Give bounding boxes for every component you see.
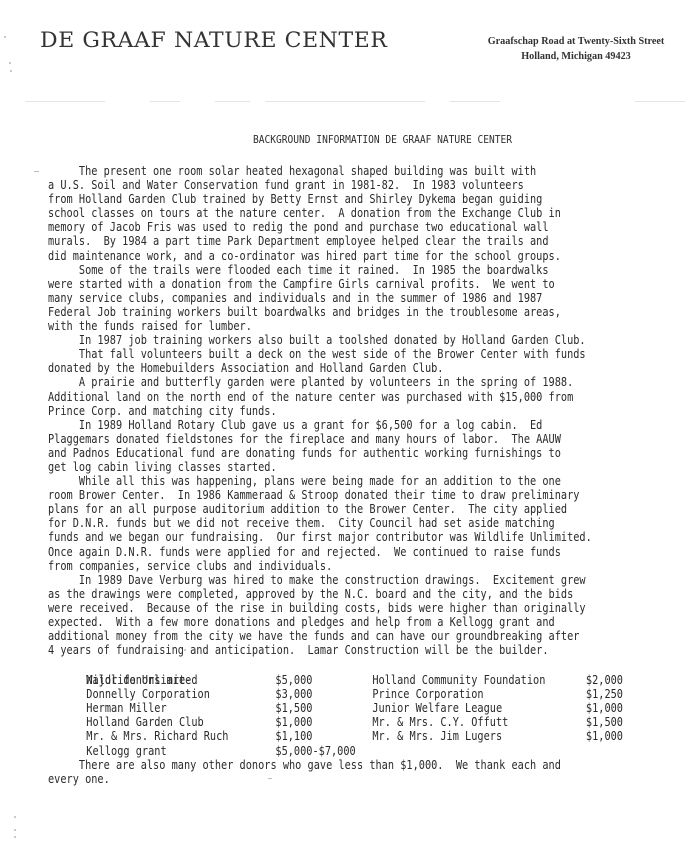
body-line: from Holland Garden Club trained by Bett… xyxy=(48,192,667,206)
donor-amount: $2,000 xyxy=(586,673,623,687)
body-line: funds and we began our fundraising. Our … xyxy=(48,530,667,544)
donor-name: Mr. & Mrs. Jim Lugers xyxy=(372,729,502,743)
donor-row: Holland Garden Club$1,000Mr. & Mrs. C.Y.… xyxy=(48,715,700,729)
scan-speck xyxy=(9,62,11,64)
donor-amount: $1,000 xyxy=(586,701,623,715)
donor-row: Kellogg grant$5,000-$7,000 xyxy=(48,744,700,758)
organization-name: DE GRAAF NATURE CENTER xyxy=(40,28,387,53)
body-line: Additional land on the north end of the … xyxy=(48,390,667,404)
body-line: 4 years of fundraising and anticipation.… xyxy=(48,643,667,657)
body-line: plans for an all purpose auditorium addi… xyxy=(48,502,667,516)
body-line: Plaggemars donated fieldstones for the f… xyxy=(48,432,667,446)
donor-row: Mr. & Mrs. Richard Ruch$1,100Mr. & Mrs. … xyxy=(48,729,700,743)
donor-name: Holland Garden Club xyxy=(86,715,203,729)
donor-amount: $1,000 xyxy=(586,729,623,743)
letterhead-divider xyxy=(450,101,500,102)
body-line: donated by the Homebuilders Association … xyxy=(48,361,667,375)
scan-speck xyxy=(14,829,16,831)
scan-speck xyxy=(4,36,6,38)
body-line: While all this was happening, plans were… xyxy=(48,474,667,488)
donor-row: Donnelly Corporation$3,000Prince Corpora… xyxy=(48,687,700,701)
body-line: memory of Jacob Fris was used to redig t… xyxy=(48,220,667,234)
body-line: were started with a donation from the Ca… xyxy=(48,277,667,291)
scan-speck xyxy=(14,836,16,838)
body-line: The present one room solar heated hexago… xyxy=(48,164,667,178)
closing-line: There are also many other donors who gav… xyxy=(48,758,700,772)
body-line: school classes on tours at the nature ce… xyxy=(48,206,667,220)
donor-name: Holland Community Foundation xyxy=(372,673,545,687)
scan-speck xyxy=(10,70,12,72)
body-line: A prairie and butterfly garden were plan… xyxy=(48,375,667,389)
major-donors-section: Major donors are- Wildlife Unlimited$5,0… xyxy=(48,659,700,786)
body-line: additional money from the city we have t… xyxy=(48,629,667,643)
body-line: as the drawings were completed, approved… xyxy=(48,587,667,601)
body-line: In 1989 Holland Rotary Club gave us a gr… xyxy=(48,418,667,432)
closing-line: every one. xyxy=(48,772,700,786)
body-line: from companies, service clubs and indivi… xyxy=(48,559,667,573)
body-line: a U.S. Soil and Water Conservation fund … xyxy=(48,178,667,192)
donor-name: Kellogg grant xyxy=(86,744,166,758)
donors-intro-row: Major donors are- xyxy=(48,659,700,673)
letterhead-divider xyxy=(215,101,250,102)
body-line: room Brower Center. In 1986 Kammeraad & … xyxy=(48,488,667,502)
donor-name: Wildlife Unlimited xyxy=(86,673,197,687)
body-line: expected. With a few more donations and … xyxy=(48,615,667,629)
letterhead-divider xyxy=(25,101,105,102)
donor-name: Mr. & Mrs. C.Y. Offutt xyxy=(372,715,508,729)
donor-name: Junior Welfare League xyxy=(372,701,502,715)
letterhead-divider xyxy=(635,101,685,102)
donor-name: Mr. & Mrs. Richard Ruch xyxy=(86,729,228,743)
donor-amount: $1,000 xyxy=(275,715,312,729)
donor-amount: $5,000 xyxy=(275,673,312,687)
donor-name: Herman Miller xyxy=(86,701,166,715)
donor-amount: $1,500 xyxy=(586,715,623,729)
donor-name: Donnelly Corporation xyxy=(86,687,210,701)
donor-amount: $3,000 xyxy=(275,687,312,701)
body-line: for D.N.R. funds but we did not receive … xyxy=(48,516,667,530)
address-line-1: Graafschap Road at Twenty-Sixth Street xyxy=(486,34,666,49)
body-line: Once again D.N.R. funds were applied for… xyxy=(48,545,667,559)
address-line-2: Holland, Michigan 49423 xyxy=(486,49,666,64)
body-line: many service clubs, companies and indivi… xyxy=(48,291,667,305)
body-line: were received. Because of the rise in bu… xyxy=(48,601,667,615)
body-line: In 1989 Dave Verburg was hired to make t… xyxy=(48,573,667,587)
letterhead-divider xyxy=(150,101,180,102)
organization-address: Graafschap Road at Twenty-Sixth Street H… xyxy=(486,34,666,64)
body-line: In 1987 job training workers also built … xyxy=(48,333,667,347)
donor-amount: $5,000-$7,000 xyxy=(275,744,355,758)
donor-name: Prince Corporation xyxy=(372,687,483,701)
body-line: Federal Job training workers built board… xyxy=(48,305,667,319)
body-line: That fall volunteers built a deck on the… xyxy=(48,347,667,361)
donor-amount: $1,500 xyxy=(275,701,312,715)
document-title: BACKGROUND INFORMATION DE GRAAF NATURE C… xyxy=(253,134,512,146)
donor-amount: $1,250 xyxy=(586,687,623,701)
body-line: Some of the trails were flooded each tim… xyxy=(48,263,667,277)
document-body: The present one room solar heated hexago… xyxy=(48,164,667,657)
donor-row: Wildlife Unlimited$5,000Holland Communit… xyxy=(48,673,700,687)
scan-speck xyxy=(14,816,16,818)
body-line: did maintenance work, and a co-ordinator… xyxy=(48,249,667,263)
donor-row: Herman Miller$1,500Junior Welfare League… xyxy=(48,701,700,715)
body-line: Prince Corp. and matching city funds. xyxy=(48,404,667,418)
body-line: with the funds raised for lumber. xyxy=(48,319,667,333)
letterhead-divider xyxy=(265,101,425,102)
body-line: murals. By 1984 a part time Park Departm… xyxy=(48,234,667,248)
donor-amount: $1,100 xyxy=(275,729,312,743)
scan-speck xyxy=(34,171,39,172)
body-line: get log cabin living classes started. xyxy=(48,460,667,474)
body-line: and Padnos Educational fund are donating… xyxy=(48,446,667,460)
